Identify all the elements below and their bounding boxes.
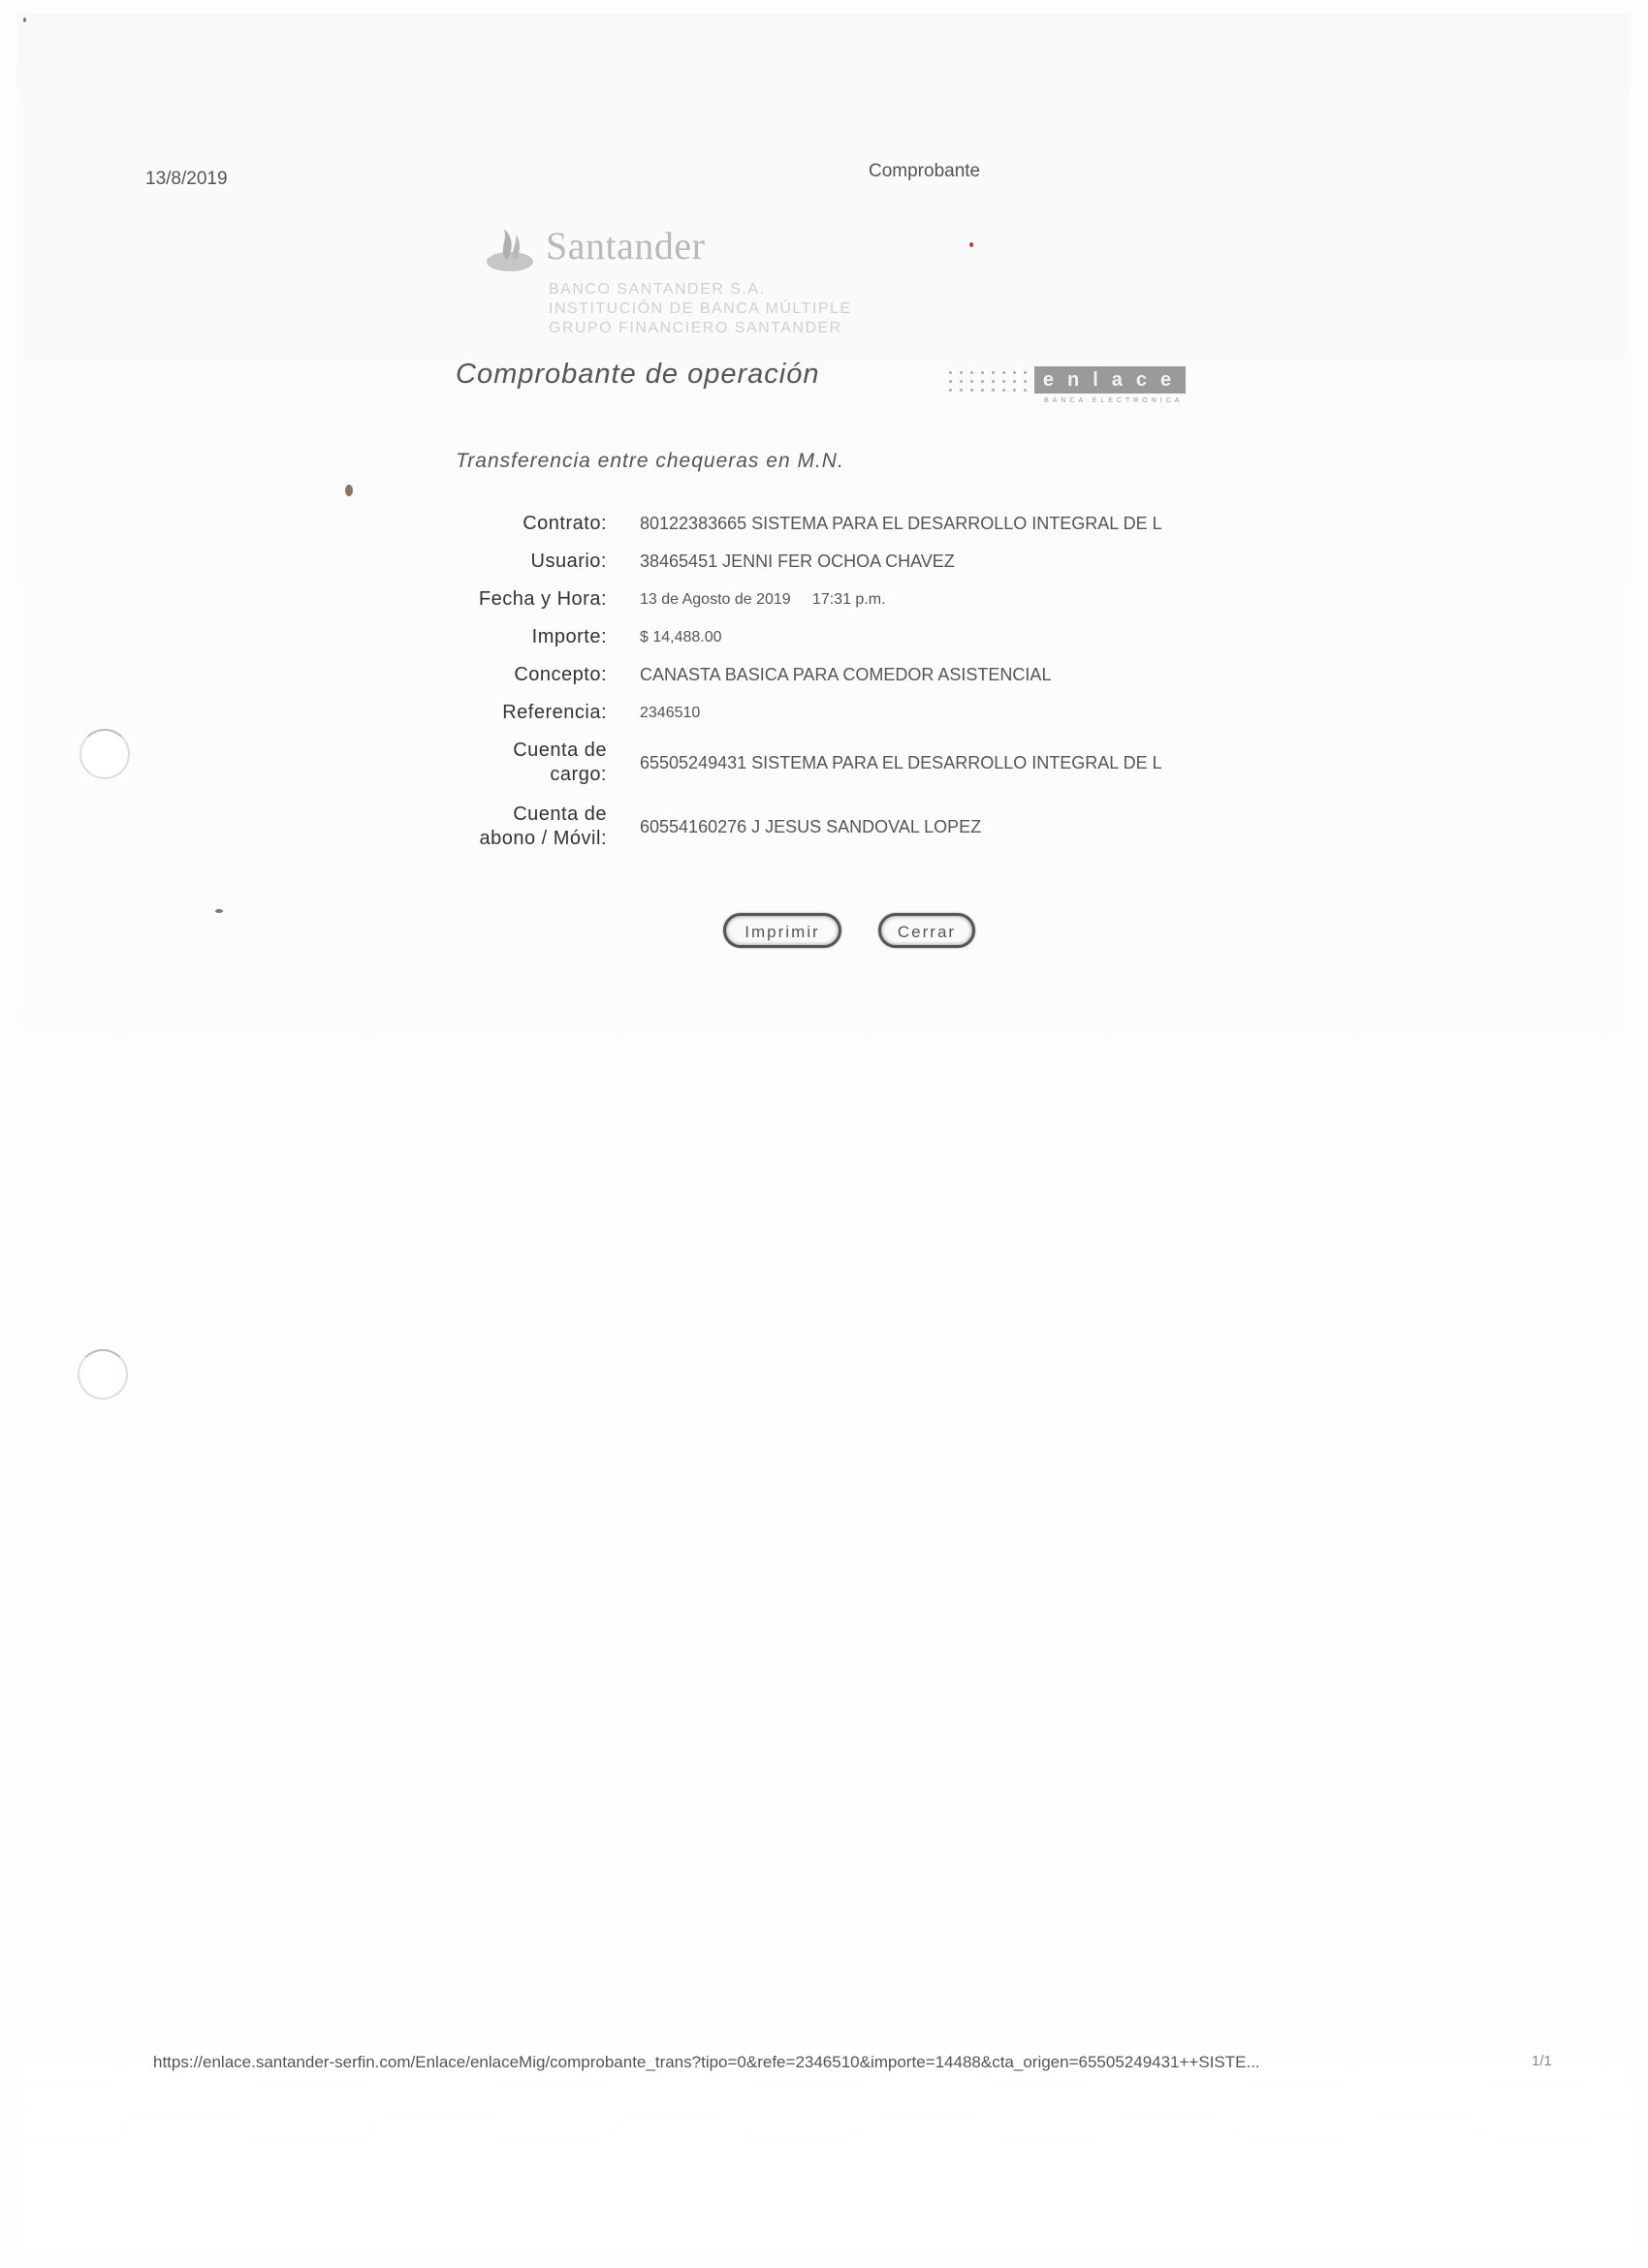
brand-name: Santander	[546, 223, 705, 268]
dot-pattern-icon	[945, 368, 1034, 394]
detail-label: Referencia:	[452, 701, 607, 725]
detail-label: Contrato:	[452, 512, 607, 536]
detail-value: 80122383665 SISTEMA PARA EL DESARROLLO I…	[640, 512, 1162, 536]
detail-label: Fecha y Hora:	[452, 587, 607, 612]
close-button[interactable]: Cerrar	[878, 913, 975, 948]
scanned-page	[17, 14, 1631, 2252]
detail-label-line1: Cuenta de	[513, 803, 607, 825]
detail-row-concepto: Concepto: CANASTA BASICA PARA COMEDOR AS…	[475, 663, 1231, 701]
enlace-tagline: BANCA ELECTRONICA	[1044, 397, 1183, 404]
operation-type: Transferencia entre chequeras en M.N.	[456, 450, 844, 473]
hole-punch-mark	[79, 729, 130, 779]
page-title: Comprobante de operación	[456, 359, 819, 391]
print-title: Comprobante	[869, 161, 980, 182]
detail-label: Importe:	[452, 625, 607, 649]
print-page-number: 1/1	[1532, 2053, 1552, 2069]
scan-speck	[345, 485, 353, 496]
detail-value: $ 14,488.00	[640, 625, 722, 649]
detail-value: CANASTA BASICA PARA COMEDOR ASISTENCIAL	[640, 663, 1051, 687]
scan-speck	[23, 17, 26, 22]
print-date: 13/8/2019	[145, 169, 228, 190]
detail-label: Cuenta de abono / Móvil:	[452, 803, 607, 851]
santander-logo: Santander Banco Santander S.A. Instituci…	[485, 225, 931, 341]
detail-value: 38465451 JENNI FER OCHOA CHAVEZ	[640, 550, 955, 574]
detail-label-line2: cargo:	[550, 764, 607, 785]
detail-label: Cuenta de cargo:	[452, 739, 607, 787]
scan-speck	[215, 909, 223, 913]
brand-line-2: Institución de Banca Múltiple	[549, 300, 852, 318]
detail-label: Concepto:	[452, 663, 607, 687]
brand-line-3: Grupo Financiero Santander	[549, 320, 842, 337]
detail-row-cuenta-cargo: Cuenta de cargo: 65505249431 SISTEMA PAR…	[475, 739, 1231, 803]
detail-row-usuario: Usuario: 38465451 JENNI FER OCHOA CHAVEZ	[475, 550, 1231, 587]
operation-details: Contrato: 80122383665 SISTEMA PARA EL DE…	[475, 512, 1231, 866]
detail-value: 13 de Agosto de 2019 17:31 p.m.	[640, 587, 886, 612]
flame-icon	[485, 225, 543, 273]
detail-label: Usuario:	[452, 550, 607, 574]
detail-row-fecha: Fecha y Hora: 13 de Agosto de 2019 17:31…	[475, 587, 1231, 625]
detail-row-cuenta-abono: Cuenta de abono / Móvil: 60554160276 J J…	[475, 803, 1231, 866]
enlace-logo: enlace BANCA ELECTRONICA	[945, 364, 1217, 407]
detail-row-contrato: Contrato: 80122383665 SISTEMA PARA EL DE…	[475, 512, 1231, 550]
brand-line-1: Banco Santander S.A.	[549, 281, 766, 299]
scan-speck	[969, 242, 973, 247]
detail-row-importe: Importe: $ 14,488.00	[475, 625, 1231, 663]
detail-row-referencia: Referencia: 2346510	[475, 701, 1231, 739]
print-footer-url: https://enlace.santander-serfin.com/Enla…	[153, 2053, 1260, 2072]
detail-value: 60554160276 J JESUS SANDOVAL LOPEZ	[640, 815, 981, 839]
detail-label-line2: abono / Móvil:	[479, 828, 607, 849]
detail-value: 65505249431 SISTEMA PARA EL DESARROLLO I…	[640, 751, 1162, 775]
hole-punch-mark	[78, 1349, 128, 1400]
detail-label-line1: Cuenta de	[513, 740, 607, 761]
detail-value: 2346510	[640, 701, 700, 725]
print-button[interactable]: Imprimir	[723, 913, 841, 948]
enlace-wordmark: enlace	[1034, 366, 1186, 394]
